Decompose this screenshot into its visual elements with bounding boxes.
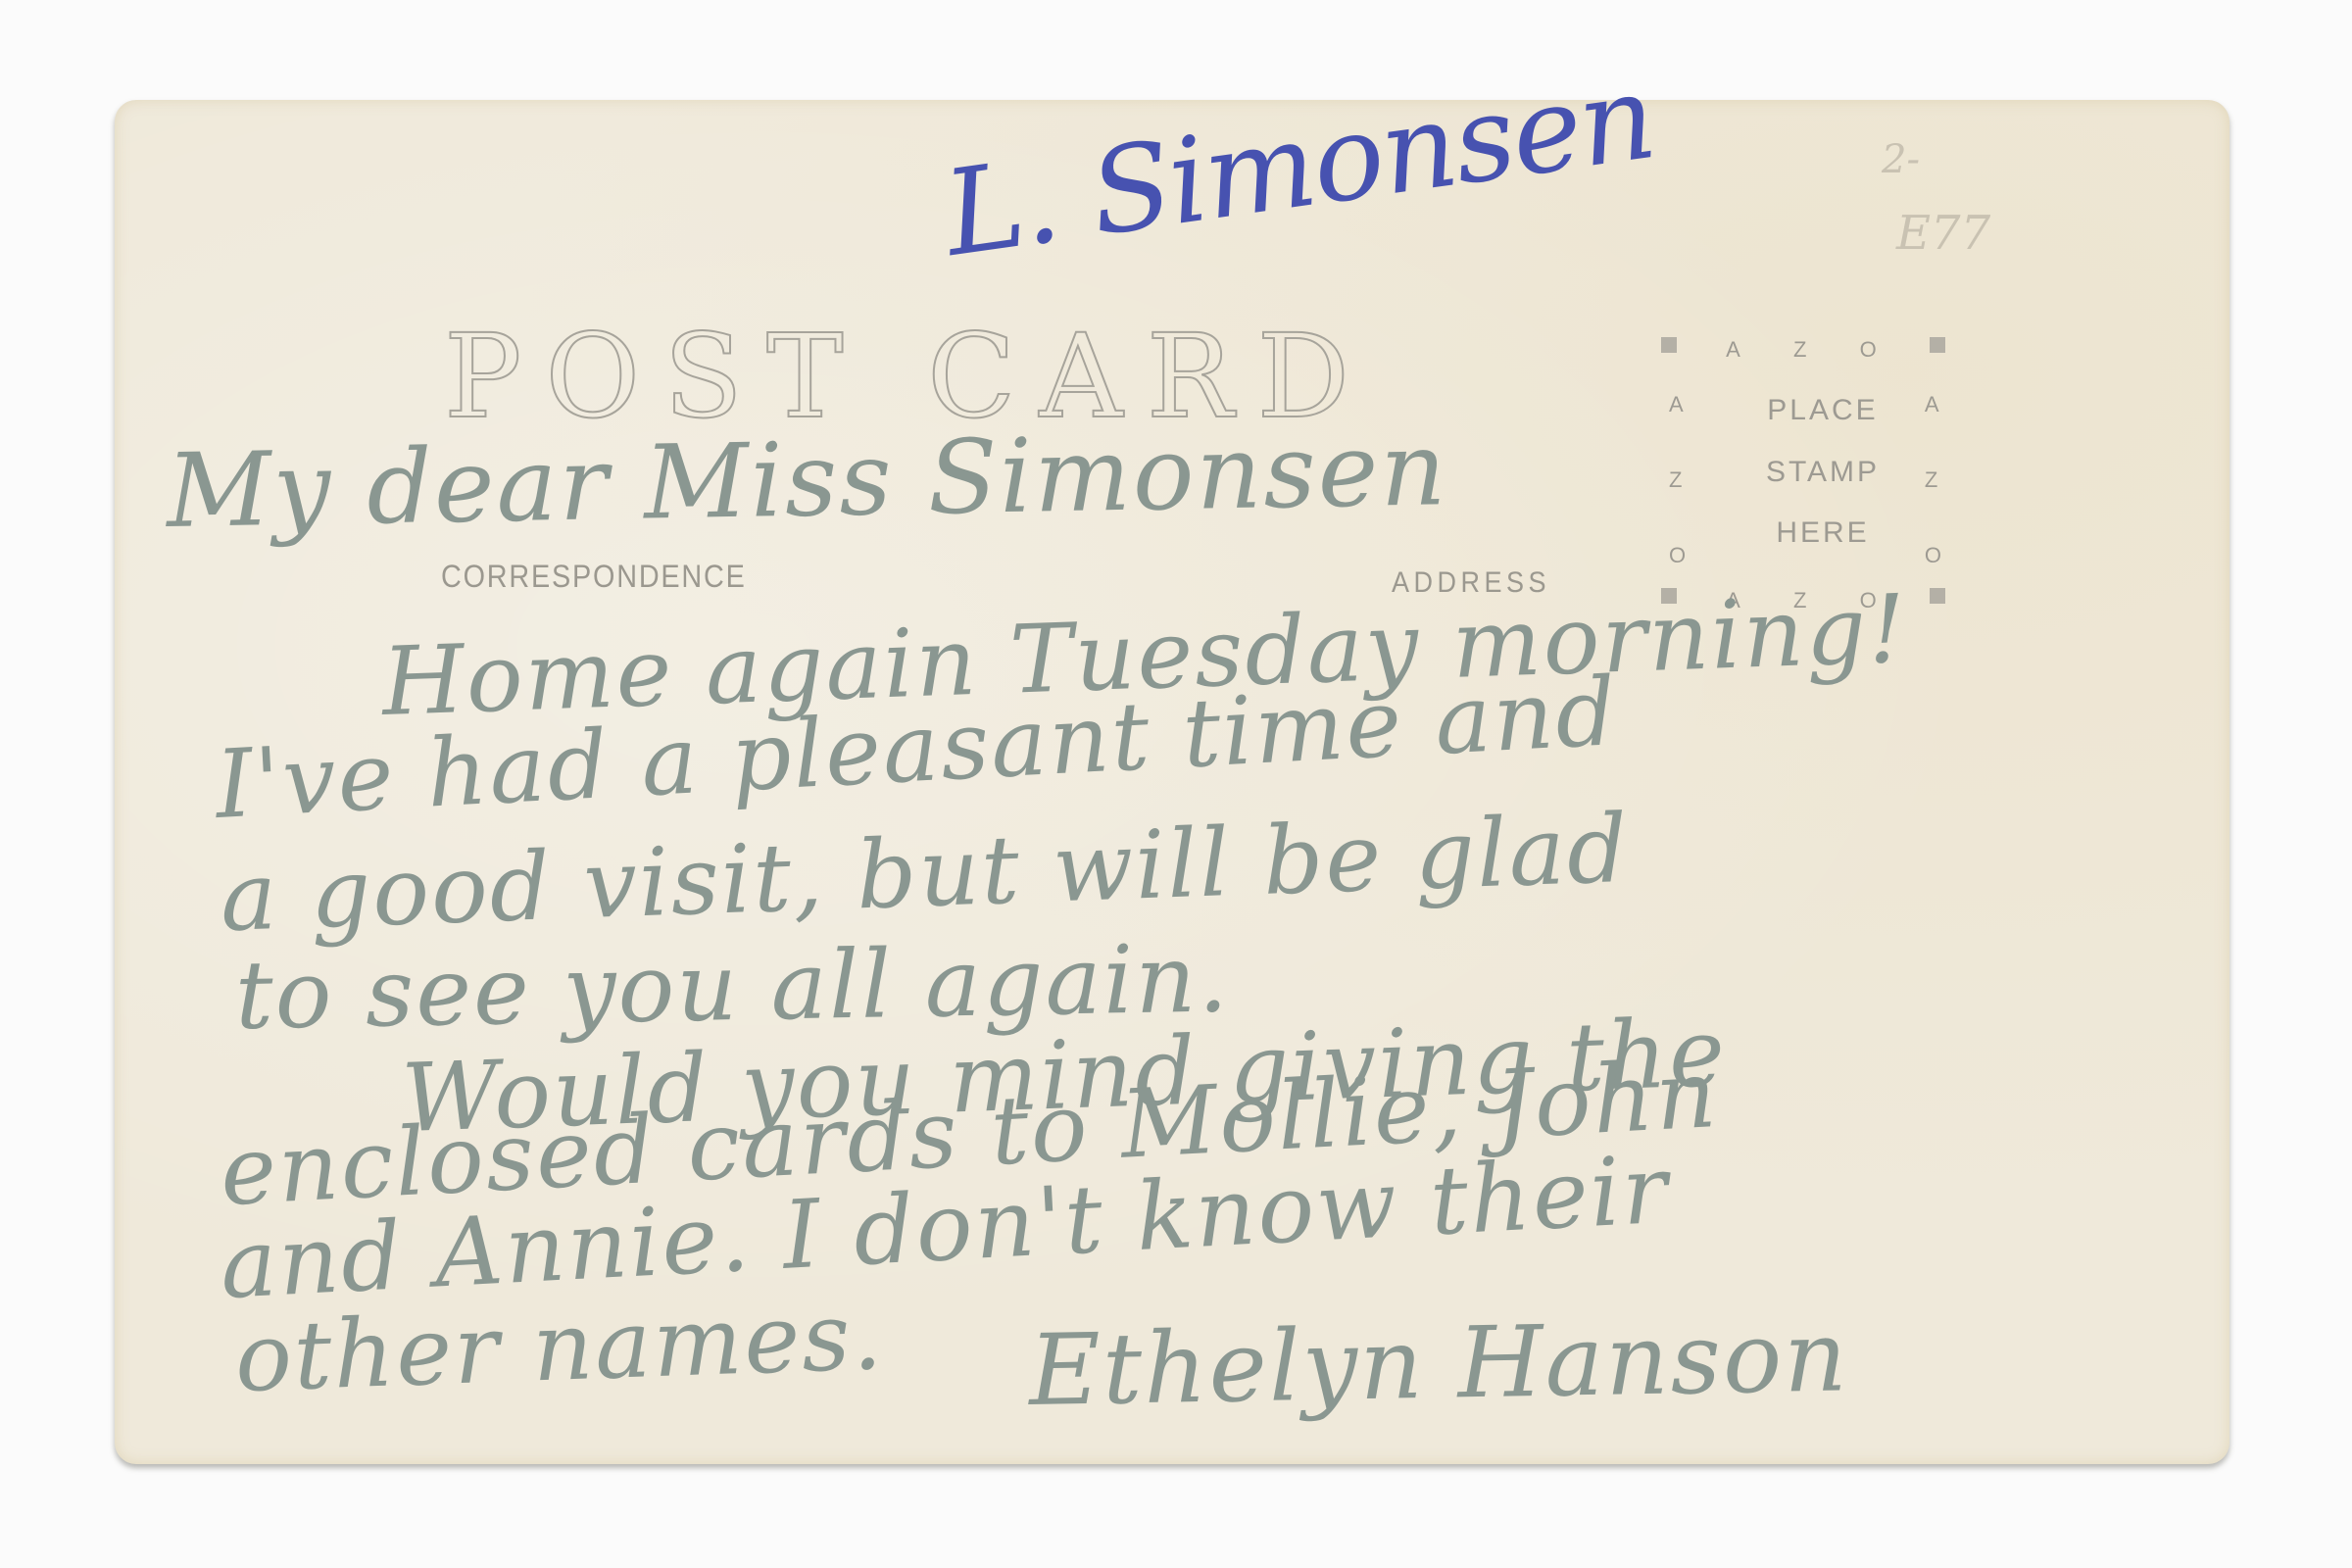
corner-square-icon <box>1930 337 1945 353</box>
stamp-border-letter: O <box>1925 543 1941 568</box>
stamp-border-right: A Z O <box>1925 392 1941 568</box>
stamp-text-place: PLACE <box>1739 394 1906 427</box>
stamp-border-letter: Z <box>1793 337 1810 363</box>
handwritten-line: other names. <box>233 1281 886 1413</box>
stamp-border-letter: Z <box>1925 467 1941 493</box>
stamp-box: A Z O A Z O A Z O PLACE STAMP HERE A Z O <box>1661 323 1945 608</box>
handwritten-signature: Ethelyn Hanson <box>1028 1298 1850 1428</box>
handwritten-salutation: My dear Miss Simonsen <box>166 409 1448 551</box>
stamp-border-letter: A <box>1669 392 1686 417</box>
pencil-mark-top: 2- <box>1882 137 1920 182</box>
stamp-text-here: HERE <box>1739 516 1906 550</box>
correspondence-label: CORRESPONDENCE <box>441 559 747 595</box>
corner-square-icon <box>1930 588 1945 604</box>
stamp-text-stamp: STAMP <box>1739 456 1906 489</box>
stamp-border-top: A Z O <box>1661 337 1945 363</box>
stamp-border-letter: A <box>1726 337 1744 363</box>
corner-square-icon <box>1661 337 1677 353</box>
stamp-border-left: A Z O <box>1669 392 1686 568</box>
stamp-border-letter: O <box>1669 543 1686 568</box>
stamp-border-letter: Z <box>1669 467 1686 493</box>
pencil-mark-catalog-number: E77 <box>1896 206 1990 261</box>
stamp-border-letter: A <box>1925 392 1941 417</box>
stamp-border-letter: O <box>1860 337 1881 363</box>
